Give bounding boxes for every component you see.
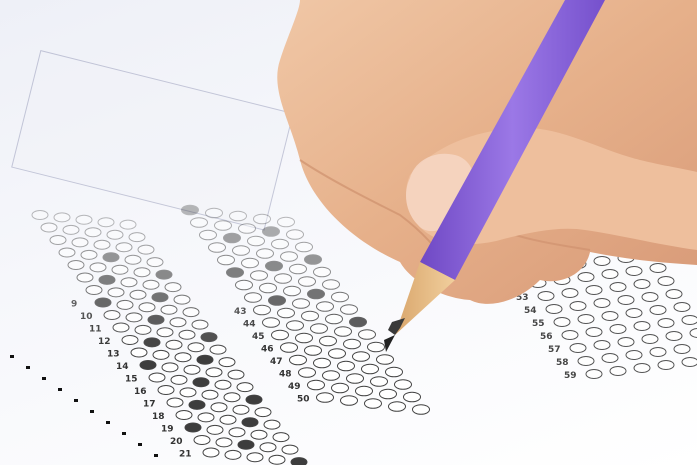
svg-text:54: 54 bbox=[524, 306, 537, 316]
svg-text:49: 49 bbox=[288, 382, 301, 392]
svg-text:56: 56 bbox=[540, 332, 553, 342]
timing-marks bbox=[10, 355, 158, 457]
svg-text:20: 20 bbox=[170, 437, 183, 447]
svg-text:48: 48 bbox=[279, 370, 292, 380]
svg-text:43: 43 bbox=[234, 307, 247, 317]
svg-text:15: 15 bbox=[125, 375, 138, 385]
svg-text:19: 19 bbox=[161, 425, 174, 435]
svg-text:58: 58 bbox=[556, 358, 569, 368]
svg-text:16: 16 bbox=[134, 387, 147, 397]
svg-text:10: 10 bbox=[80, 312, 93, 322]
svg-text:46: 46 bbox=[261, 345, 274, 355]
svg-text:12: 12 bbox=[98, 337, 111, 347]
svg-text:17: 17 bbox=[143, 400, 156, 410]
svg-text:18: 18 bbox=[152, 412, 165, 422]
svg-text:9: 9 bbox=[71, 300, 77, 310]
svg-text:47: 47 bbox=[270, 357, 283, 367]
answer-sheet-photo: 9101112131415161718192021434445464748495… bbox=[0, 0, 697, 465]
svg-text:14: 14 bbox=[116, 362, 129, 372]
svg-text:55: 55 bbox=[532, 319, 545, 329]
svg-text:13: 13 bbox=[107, 350, 120, 360]
photo-scene: 9101112131415161718192021434445464748495… bbox=[0, 0, 697, 465]
svg-text:11: 11 bbox=[89, 325, 102, 335]
svg-text:44: 44 bbox=[243, 320, 256, 330]
background-sheet-bubbles bbox=[12, 51, 293, 230]
svg-text:57: 57 bbox=[548, 345, 561, 355]
svg-text:21: 21 bbox=[179, 450, 192, 460]
svg-text:59: 59 bbox=[564, 371, 577, 381]
svg-text:45: 45 bbox=[252, 332, 265, 342]
svg-text:50: 50 bbox=[297, 395, 310, 405]
